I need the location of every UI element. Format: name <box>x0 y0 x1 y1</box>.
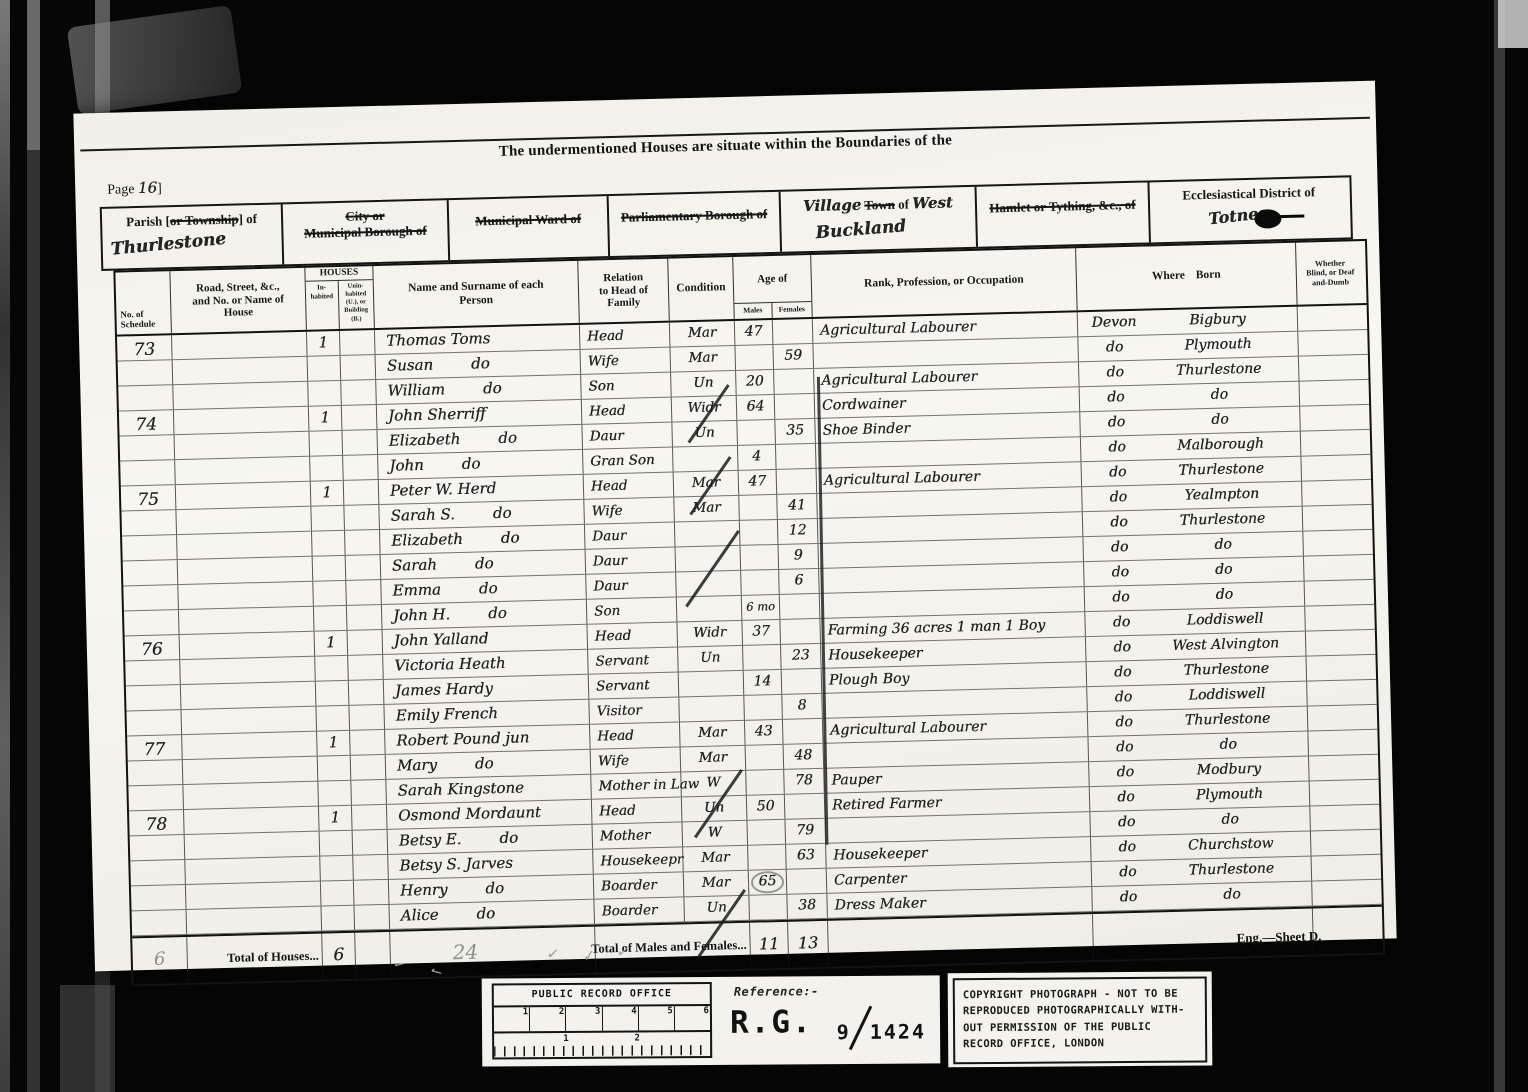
cell-inhabited <box>311 506 345 531</box>
cell-uninhabited <box>345 530 381 555</box>
cell-schedule <box>122 535 178 560</box>
cell-age-females <box>773 319 814 344</box>
pencil-house-count: 6 <box>132 937 187 982</box>
cell-road <box>172 332 308 359</box>
cell-schedule <box>126 710 182 735</box>
cell-road <box>177 532 313 559</box>
pencil-total-persons: 24 <box>452 940 478 965</box>
cell-inhabited <box>314 606 348 631</box>
schedule-header-line: Schedule <box>121 319 169 331</box>
cell-age-females <box>780 619 821 644</box>
column-header-inhabited: In- habited <box>306 281 340 330</box>
copyright-line: REPRODUCED PHOTOGRAPHICALLY WITH- <box>963 1002 1197 1020</box>
cell-uninhabited <box>346 555 382 580</box>
cell-blind <box>1300 380 1368 406</box>
cell-age-females: 78 <box>784 769 825 794</box>
cell-uninhabited <box>344 505 380 530</box>
ruler-number: 3 <box>566 1007 602 1031</box>
cell-uninhabited <box>351 780 387 805</box>
cell-inhabited: 1 <box>315 631 349 656</box>
age-header-title: Age of <box>733 255 811 303</box>
cell-condition: Un <box>684 896 750 922</box>
district-box-hamlet: Hamlet or Tything, &c., of <box>976 182 1150 246</box>
cell-uninhabited <box>353 830 389 855</box>
cell-relation: Head <box>590 722 681 748</box>
cell-age-females <box>787 869 828 894</box>
ruler-number: 2 <box>634 1033 639 1043</box>
cell-schedule <box>128 760 184 785</box>
cell-age-males: 20 <box>736 370 775 395</box>
cell-age-females: 35 <box>775 419 816 444</box>
cell-condition: Un <box>671 371 737 397</box>
cell-schedule: 77 <box>127 735 183 760</box>
column-header-condition: Condition <box>668 257 735 321</box>
slash-mark <box>849 1006 872 1051</box>
cell-condition <box>679 671 745 697</box>
cell-age-males: 43 <box>745 720 784 745</box>
cell-blind <box>1312 855 1380 881</box>
ecclesiastical-label: Ecclesiastical District of <box>1182 184 1315 202</box>
film-streak <box>60 985 115 1092</box>
cell-condition: Mar <box>681 746 747 772</box>
district-box-town: Village Town of West Buckland <box>781 187 978 252</box>
cell-relation: Son <box>587 597 678 623</box>
cell-condition: Mar <box>683 846 749 872</box>
hamlet-label: Hamlet or Tything, &c., of <box>989 197 1136 216</box>
cell-road <box>181 707 317 734</box>
cell-age-males: 37 <box>742 620 781 645</box>
totals-mf-label: Total of Males and Females... <box>591 923 748 971</box>
cell-blind <box>1299 355 1367 381</box>
born-header-line: Where Born <box>1077 267 1296 286</box>
blind-header-line: and-Dumb <box>1297 277 1364 288</box>
column-header-born: Where Born <box>1076 243 1297 311</box>
cell-born: dodo <box>1092 882 1313 912</box>
cell-age-females: 6 <box>779 569 820 594</box>
cell-inhabited <box>320 856 354 881</box>
pro-office-title: PUBLIC RECORD OFFICE <box>494 984 710 1008</box>
parish-label-post: ] of <box>238 211 257 226</box>
totals-males-value: 11 <box>759 934 780 954</box>
cell-condition: Mar <box>674 471 740 497</box>
cell-uninhabited <box>349 680 385 705</box>
pro-stamp-right: COPYRIGHT PHOTOGRAPH - NOT TO BE REPRODU… <box>948 971 1213 1067</box>
cell-age-females <box>776 444 817 469</box>
cell-road <box>185 832 321 859</box>
cell-schedule: 78 <box>129 810 185 835</box>
cell-uninhabited <box>342 405 378 430</box>
column-header-females: Females <box>772 302 812 318</box>
cell-blind <box>1305 605 1373 631</box>
pro-stamp: PUBLIC RECORD OFFICE 1 2 3 4 5 6 1 2 Ref… <box>482 971 1213 1070</box>
totals-houses-label: Total of Houses... <box>187 934 322 981</box>
cell-road <box>175 457 311 484</box>
cell-blind <box>1310 780 1378 806</box>
parish-label: Parish [ <box>126 213 170 229</box>
ruler-number: 4 <box>602 1006 638 1030</box>
cell-blind <box>1310 805 1378 831</box>
table-body: 731Thomas TomsHeadMar47Agricultural Labo… <box>117 305 1382 936</box>
cell-condition <box>676 546 742 572</box>
cell-uninhabited <box>347 605 383 630</box>
cell-uninhabited <box>341 355 377 380</box>
column-header-uninhabited: Unin- habited (U.), or Building (B.) <box>338 280 374 329</box>
cell-relation: Servant <box>589 672 680 698</box>
cell-inhabited <box>310 456 344 481</box>
cell-road <box>178 557 314 584</box>
cell-relation: Daur <box>585 523 676 549</box>
town-label-post: of <box>898 196 909 211</box>
cell-age-males: 14 <box>744 670 783 695</box>
cell-blind <box>1306 630 1374 656</box>
cell-uninhabited <box>346 580 382 605</box>
film-streak <box>0 0 10 1092</box>
city-label-line2: Municipal Borough of <box>283 222 447 242</box>
cell-road <box>174 407 310 434</box>
column-header-road: Road, Street, &c., and No. or Name of Ho… <box>170 268 307 333</box>
cell-inhabited: 1 <box>307 331 341 356</box>
census-page: The undermentioned Houses are situate wi… <box>73 81 1396 972</box>
rg-piece-number: 1424 <box>870 1019 926 1043</box>
totals-empty-cell <box>1313 907 1381 955</box>
cell-age-males: 65 <box>749 870 788 895</box>
cell-road <box>184 807 320 834</box>
column-header-blind: Whether Blind, or Deaf and-Dumb <box>1296 241 1365 305</box>
cell-relation: Head <box>580 323 671 349</box>
cell-inhabited <box>315 656 349 681</box>
inhabited-header-line: habited <box>306 292 338 302</box>
cell-condition: W <box>681 771 747 797</box>
totals-pencil-cell: 6 <box>132 937 188 984</box>
page-number-value: 16 <box>138 179 158 197</box>
district-box-city: City or Municipal Borough of <box>283 200 450 264</box>
cell-age-females <box>780 594 821 619</box>
cell-age-males: 50 <box>747 795 786 820</box>
cell-schedule <box>120 435 176 460</box>
cell-blind <box>1302 480 1370 506</box>
column-header-houses: HOUSES In- habited Unin- habited (U.), o… <box>305 266 375 330</box>
cell-blind <box>1304 555 1372 581</box>
cell-relation: Head <box>584 473 675 499</box>
relation-header-line: Family <box>579 296 668 311</box>
totals-houses-value: 6 <box>322 933 355 978</box>
cell-uninhabited <box>342 430 378 455</box>
cell-relation: Servant <box>588 647 679 673</box>
district-box-ecclesiastical: Ecclesiastical District of Totnes <box>1149 177 1348 242</box>
cell-relation: Housekeepr <box>593 847 684 873</box>
cell-inhabited <box>321 881 355 906</box>
film-light-patch <box>67 5 243 115</box>
reference-label: Reference:- <box>734 984 819 999</box>
cell-condition <box>676 571 742 597</box>
pro-stamp-left: PUBLIC RECORD OFFICE 1 2 3 4 5 6 1 2 Ref… <box>482 975 941 1066</box>
cell-schedule <box>131 885 187 910</box>
cell-inhabited <box>316 706 350 731</box>
cell-condition: Un <box>682 796 748 822</box>
condition-header-line: Condition <box>669 281 733 296</box>
cell-blind <box>1312 880 1380 906</box>
cell-inhabited <box>308 356 342 381</box>
cell-age-males <box>735 345 774 370</box>
film-streak <box>27 0 40 1092</box>
totals-houses-label-cell: Total of Houses... <box>187 934 323 983</box>
cell-road <box>186 882 322 909</box>
cell-schedule: 73 <box>117 335 173 360</box>
cell-condition: W <box>682 821 748 847</box>
cell-inhabited <box>318 756 352 781</box>
town-hand-prefix: Village <box>803 196 862 215</box>
cell-condition: Widr <box>672 396 738 422</box>
town-label-struck: Town <box>864 197 895 213</box>
houses-subheaders: In- habited Unin- habited (U.), or Build… <box>306 280 374 330</box>
column-header-males: Males <box>734 303 772 319</box>
cell-age-males <box>741 545 780 570</box>
pencil-checkmark: ✓ <box>582 946 597 966</box>
cell-age-males <box>746 770 785 795</box>
cell-inhabited <box>320 831 354 856</box>
cell-condition <box>677 596 743 622</box>
town-value-line2: Buckland <box>815 216 907 243</box>
district-box-parish: Parish [or Township] of Thurlestone <box>102 204 284 269</box>
film-light-patch <box>1498 0 1528 48</box>
cell-age-males <box>737 420 776 445</box>
cell-road <box>183 757 319 784</box>
cell-road <box>180 657 316 684</box>
cell-relation: Wife <box>591 747 682 773</box>
cell-road <box>176 482 312 509</box>
cell-inhabited: 1 <box>309 406 343 431</box>
cell-blind <box>1308 705 1376 731</box>
cell-relation: Wife <box>584 498 675 524</box>
ruler-scale-top: 1 2 3 4 5 6 <box>494 1006 710 1034</box>
occupation-header-line: Rank, Profession, or Occupation <box>812 273 1076 293</box>
cell-schedule <box>132 910 188 935</box>
cell-relation: Daur <box>586 548 677 574</box>
ruler-number: 6 <box>675 1006 710 1030</box>
cell-blind <box>1311 830 1379 856</box>
cell-blind <box>1300 405 1368 431</box>
cell-age-males: 6 mo <box>742 595 781 620</box>
cell-condition <box>673 446 739 472</box>
cell-uninhabited <box>352 805 388 830</box>
cell-schedule: 74 <box>119 410 175 435</box>
ruler-number: 1 <box>563 1034 568 1044</box>
cell-schedule <box>130 860 186 885</box>
cell-condition: Un <box>678 646 744 672</box>
cell-schedule <box>120 460 176 485</box>
cell-age-females <box>774 369 815 394</box>
cell-condition <box>675 521 741 547</box>
cell-age-females <box>785 794 826 819</box>
cell-condition: Mar <box>674 496 740 522</box>
cell-road <box>181 682 317 709</box>
copyright-line: COPYRIGHT PHOTOGRAPH - NOT TO BE <box>963 986 1197 1004</box>
column-header-schedule: No. of Schedule <box>115 271 172 334</box>
page-number-bracket: ] <box>157 181 162 196</box>
cell-inhabited <box>313 581 347 606</box>
cell-uninhabited <box>341 380 377 405</box>
cell-uninhabited <box>354 905 390 930</box>
copyright-notice: COPYRIGHT PHOTOGRAPH - NOT TO BE REPRODU… <box>953 976 1208 1064</box>
pro-ruler: PUBLIC RECORD OFFICE 1 2 3 4 5 6 1 2 <box>492 982 713 1060</box>
cell-age-females: 12 <box>778 519 819 544</box>
cell-blind <box>1301 455 1369 481</box>
cell-relation: Wife <box>580 348 671 374</box>
cell-age-males: 64 <box>737 395 776 420</box>
town-value-line1: West <box>912 193 953 212</box>
cell-blind <box>1298 305 1366 331</box>
cell-schedule: 75 <box>121 485 177 510</box>
cell-age-males <box>740 520 779 545</box>
column-header-name: Name and Surname of each Person <box>373 261 580 328</box>
cell-inhabited <box>308 381 342 406</box>
cell-relation: Head <box>592 797 683 823</box>
cell-road <box>176 507 312 534</box>
cell-road <box>182 732 318 759</box>
cell-schedule <box>118 385 174 410</box>
cell-age-females: 48 <box>784 744 825 769</box>
cell-condition: Mar <box>670 321 736 347</box>
cell-age-males <box>748 845 787 870</box>
age-subheaders: Males Females <box>734 301 811 319</box>
cell-road <box>180 632 316 659</box>
cell-age-males: 47 <box>735 320 774 345</box>
cell-schedule <box>124 610 180 635</box>
cell-uninhabited <box>340 330 376 355</box>
census-table: No. of Schedule Road, Street, &c., and N… <box>113 239 1385 987</box>
parish-value: Thurlestone <box>110 229 227 260</box>
totals-empty-cell <box>828 914 1094 967</box>
cell-condition <box>679 696 745 722</box>
cell-condition: Mar <box>680 721 746 747</box>
cell-age-males <box>749 895 788 920</box>
cell-schedule <box>126 685 182 710</box>
cell-relation: Daur <box>582 423 673 449</box>
cell-road <box>178 582 314 609</box>
reference-number: R.G. 9 1424 <box>730 1003 926 1052</box>
cell-age-females: 23 <box>781 644 822 669</box>
cell-uninhabited <box>349 705 385 730</box>
ruler-number: 2 <box>530 1007 566 1031</box>
cell-inhabited <box>321 906 355 931</box>
cell-condition: Mar <box>670 346 736 372</box>
totals-houses-value-cell: 6 <box>322 933 356 980</box>
parliamentary-label: Parliamentary Borough of <box>621 206 768 225</box>
cell-road <box>185 857 321 884</box>
ruler-scale-bottom: 1 2 <box>494 1032 710 1058</box>
cell-blind <box>1308 730 1376 756</box>
cell-road <box>173 357 309 384</box>
cell-age-females <box>783 719 824 744</box>
ward-label: Municipal Ward of <box>475 211 581 229</box>
cell-blind <box>1309 755 1377 781</box>
cell-blind <box>1303 505 1371 531</box>
cell-condition: Mar <box>684 871 750 897</box>
totals-females-cell: 13 <box>788 921 829 968</box>
cell-age-males: 4 <box>738 445 777 470</box>
cell-uninhabited <box>343 455 379 480</box>
cell-relation: Mother in Law <box>591 772 682 798</box>
cell-schedule <box>123 560 179 585</box>
column-header-occupation: Rank, Profession, or Occupation <box>811 248 1077 317</box>
cell-schedule: 76 <box>125 635 181 660</box>
cell-age-females: 38 <box>787 894 828 919</box>
cell-name: Alicedo <box>389 900 595 929</box>
district-box-ward: Municipal Ward of <box>449 196 610 260</box>
cell-blind <box>1305 580 1373 606</box>
cell-age-males <box>741 570 780 595</box>
cell-blind <box>1298 330 1366 356</box>
totals-males-cell: 11 <box>750 922 789 969</box>
cell-inhabited <box>313 556 347 581</box>
film-streak <box>27 0 40 150</box>
cell-relation: Visitor <box>589 697 680 723</box>
cell-uninhabited <box>351 755 387 780</box>
cell-uninhabited <box>354 880 390 905</box>
pencil-circle: 65 <box>750 871 784 894</box>
cell-inhabited <box>316 681 350 706</box>
rg-series-label: R.G. <box>730 1004 813 1041</box>
district-box-parliamentary: Parliamentary Borough of <box>609 192 782 256</box>
cell-road <box>187 907 323 934</box>
cell-age-males <box>747 820 786 845</box>
cell-age-males <box>746 745 785 770</box>
cell-age-males <box>739 495 778 520</box>
totals-pencil-sum-cell: 24 <box>390 927 596 978</box>
copyright-line: OUT PERMISSION OF THE PUBLIC <box>963 1018 1197 1036</box>
cell-schedule <box>118 360 174 385</box>
cell-schedule <box>123 585 179 610</box>
cell-inhabited <box>312 531 346 556</box>
cell-road <box>175 432 311 459</box>
ruler-number: 1 <box>494 1007 530 1031</box>
cell-relation: Son <box>581 373 672 399</box>
cell-age-females: 79 <box>785 819 826 844</box>
ruler-number: 5 <box>639 1006 675 1030</box>
cell-road <box>179 607 315 634</box>
copyright-line: RECORD OFFICE, LONDON <box>963 1034 1197 1052</box>
cell-age-females: 8 <box>782 694 823 719</box>
cell-relation: Head <box>582 398 673 424</box>
cell-age-females: 63 <box>786 844 827 869</box>
cell-inhabited: 1 <box>311 481 345 506</box>
cell-relation: Boarder <box>594 897 685 923</box>
cell-age-females <box>782 669 823 694</box>
cell-road <box>173 382 309 409</box>
totals-empty-cell <box>355 932 391 979</box>
cell-schedule <box>128 785 184 810</box>
cell-relation: Gran Son <box>583 448 674 474</box>
cell-age-females <box>777 469 818 494</box>
cell-blind <box>1306 655 1374 681</box>
cell-blind <box>1301 430 1369 456</box>
column-header-age: Age of Males Females <box>733 255 813 319</box>
cell-inhabited: 1 <box>317 731 351 756</box>
uninhabited-header-line: (B.) <box>339 315 374 324</box>
cell-relation: Head <box>587 622 678 648</box>
cell-road <box>183 782 319 809</box>
cell-age-females: 41 <box>777 494 818 519</box>
cell-condition: Un <box>672 421 738 447</box>
cell-relation: Daur <box>586 573 677 599</box>
road-header-line: House <box>171 305 305 321</box>
cell-uninhabited <box>353 855 389 880</box>
page-number: Page 16] <box>107 178 162 198</box>
cell-inhabited <box>318 781 352 806</box>
cell-schedule <box>125 660 181 685</box>
cell-age-females: 9 <box>778 544 819 569</box>
cell-blind <box>1303 530 1371 556</box>
